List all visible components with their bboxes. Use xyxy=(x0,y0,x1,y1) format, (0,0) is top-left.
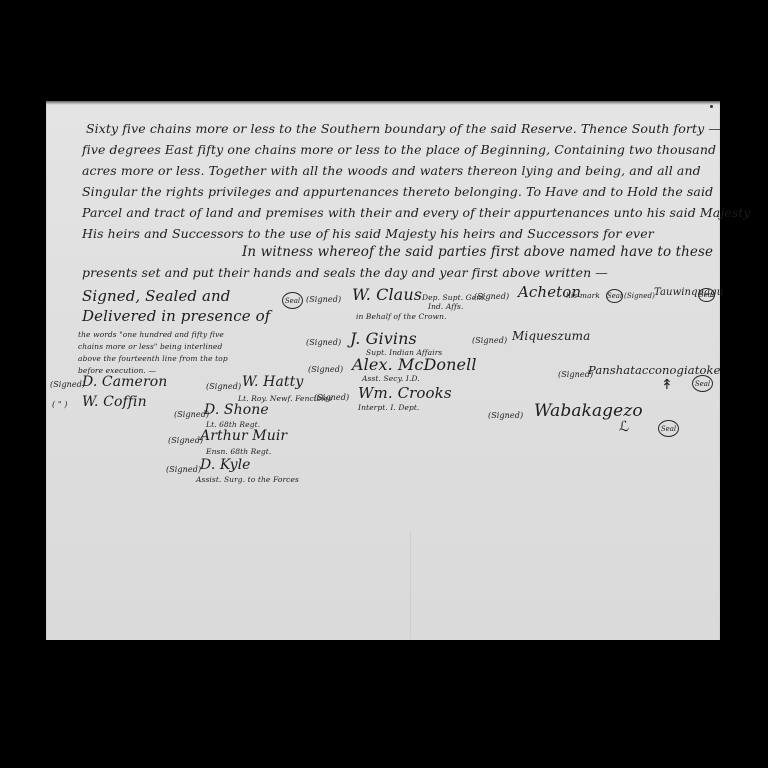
signatory-title: Asst. Secy. I.D. xyxy=(362,374,420,383)
body-line-4: Singular the rights privileges and appur… xyxy=(82,184,713,199)
signed-label: (Signed) xyxy=(168,436,203,445)
signed-label: (Signed) xyxy=(488,411,523,420)
signatory-title-2: Ind. Affs. xyxy=(428,302,463,311)
signed-label: (Signed) xyxy=(206,382,241,391)
attestation-note-3: above the fourteenth line from the top xyxy=(78,354,228,363)
seal-icon: Seal xyxy=(692,375,713,392)
witness-name: W. Hatty xyxy=(242,374,303,390)
signed-label: ( " ) xyxy=(52,400,68,409)
attestation-heading-2: Delivered in presence of xyxy=(82,307,270,325)
signatory-title-3: in Behalf of the Crown. xyxy=(356,312,447,321)
body-line-3: acres more or less. Together with all th… xyxy=(82,163,701,178)
signed-label: (Signed) xyxy=(306,338,341,347)
body-line-1: Sixty five chains more or less to the So… xyxy=(86,121,721,136)
body-line-2: five degrees East fifty one chains more … xyxy=(82,142,716,157)
signatory-title: Interpt. I. Dept. xyxy=(358,403,420,412)
witness-title: Assist. Surg. to the Forces xyxy=(196,475,299,484)
witness-clause-line-1: In witness whereof the said parties firs… xyxy=(242,244,713,260)
witness-clause-line-2: presents set and put their hands and sea… xyxy=(82,265,608,280)
witness-name: D. Kyle xyxy=(200,457,251,473)
signed-label: (Signed) xyxy=(472,336,507,345)
signatory-name: Alex. McDonell xyxy=(352,355,477,374)
body-line-5: Parcel and tract of land and premises wi… xyxy=(82,205,751,220)
witness-name: D. Shone xyxy=(204,402,269,418)
attestation-heading-1: Signed, Sealed and xyxy=(82,287,231,305)
signatory-name: Wabakagezo xyxy=(534,401,643,421)
totem-mark-icon: ↟ xyxy=(661,377,673,393)
paper-fold xyxy=(410,531,411,639)
witness-name: Arthur Muir xyxy=(200,428,287,444)
signatory-name: W. Claus xyxy=(352,285,422,304)
signed-label: (Signed) xyxy=(474,292,509,301)
totem-mark-icon: ℒ xyxy=(619,419,629,435)
signatory-name: J. Givins xyxy=(350,329,417,348)
signatory-name: Wm. Crooks xyxy=(358,384,452,402)
signed-label: (Signed) xyxy=(166,465,201,474)
seal-icon: Seal xyxy=(606,289,623,303)
seal-icon: Seal xyxy=(698,288,715,302)
signed-label: (Signed) xyxy=(624,292,655,300)
witness-name: W. Coffin xyxy=(82,394,147,410)
attestation-note-1: the words "one hundred and fifty five xyxy=(78,330,224,339)
attestation-note-2: chains more or less" being interlined xyxy=(78,342,222,351)
witness-name: D. Cameron xyxy=(82,374,167,390)
witness-title: Ensn. 68th Regt. xyxy=(206,447,271,456)
signed-label: (Signed) xyxy=(308,365,343,374)
signed-label: (Signed) xyxy=(306,295,341,304)
mark-label: his mark xyxy=(566,291,600,300)
body-line-6: His heirs and Successors to the use of h… xyxy=(82,226,654,241)
paper-speck xyxy=(710,105,713,108)
seal-icon: Seal xyxy=(658,420,679,437)
document-page: Sixty five chains more or less to the So… xyxy=(46,101,720,640)
seal-icon: Seal xyxy=(282,292,303,309)
signed-label: (Signed) xyxy=(50,380,85,389)
signatory-name: Miqueszuma xyxy=(512,329,590,343)
signed-label: (Signed) xyxy=(314,393,349,402)
